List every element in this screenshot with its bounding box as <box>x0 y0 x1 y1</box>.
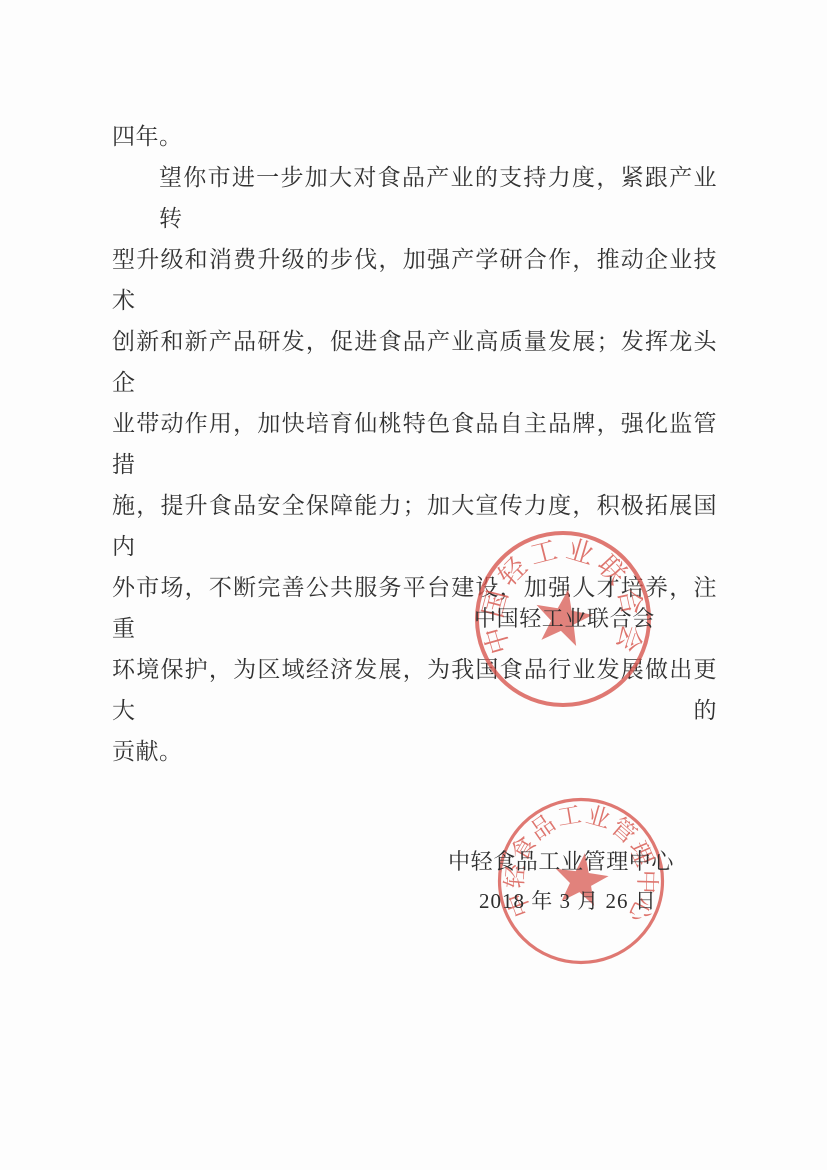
body-line: 四年。 <box>112 116 717 157</box>
seal-arc-text: 中国轻工业联合会 <box>478 534 649 661</box>
seal-food-industry-management-center: 中轻食品工业管理中心 <box>495 795 667 967</box>
document-page: 四年。 望你市进一步加大对食品产业的支持力度，紧跟产业转 型升级和消费升级的步伐… <box>0 0 827 1170</box>
body-line: 型升级和消费升级的步伐，加强产学研合作，推动企业技术 <box>112 239 717 321</box>
seal-arc-text-path: 中国轻工业联合会 <box>478 534 649 661</box>
body-line: 业带动作用，加快培育仙桃特色食品自主品牌，强化监管措 <box>112 403 717 485</box>
body-line: 创新和新产品研发，促进食品产业高质量发展；发挥龙头企 <box>112 321 717 403</box>
signature-org-name-1: 中国轻工业联合会 <box>474 602 655 633</box>
body-line: 贡献。 <box>112 731 717 772</box>
signature-date: 2018 年 3 月 26 日 <box>479 885 657 915</box>
signature-org-name-2: 中轻食品工业管理中心 <box>448 845 674 876</box>
body-line: 望你市进一步加大对食品产业的支持力度，紧跟产业转 <box>112 157 717 239</box>
